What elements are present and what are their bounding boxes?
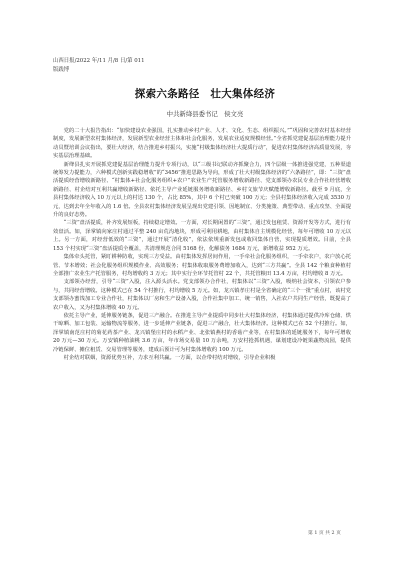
article-body: 党的二十大报告指出：“加快建设农业强国，扎实推动乡村产业、人才、文化、生态、组织… xyxy=(53,127,351,362)
page-number: 第 1 页 共 2 页 xyxy=(308,529,341,536)
source-line-2: 版践博 xyxy=(53,66,145,75)
source-line: 山西日报/2022 年/11 月/8 日/第 011 xyxy=(53,57,145,66)
paragraph: 党的二十大报告指出：“加快建设农业强国，扎实推动乡村产业、人才、文化、生态、组织… xyxy=(53,127,351,161)
paragraph: 村企结对联姻，资源优势互补，力求互利共赢。一方面，以企带村结对增收，引导企业积极 xyxy=(53,354,351,362)
paragraph: 支部领办经营，引导“三资”入股，注入源头活水。党支部领办合作社，村集体以“三资”… xyxy=(53,278,351,312)
document-page: 山西日报/2022 年/11 月/8 日/第 011 版践博 探索六条路径 壮大… xyxy=(0,0,410,580)
article-byline: 中共新绛县委书记 侯文亮 xyxy=(0,109,410,118)
paragraph: 集体牵头托管，紧盯耕种防收，实现三方受益。由村集体发挥居间作用，一手牵社会化服务… xyxy=(53,253,351,278)
paragraph: “三资”盘活提质，补齐发展短板，持续稳定增效。一方面，对长期闲置的“三资”，通过… xyxy=(53,219,351,253)
article-title: 探索六条路径 壮大集体经济 xyxy=(0,86,410,101)
paragraph: 依托主导产业，延伸服务链条，促进三产融合。在推进主导产业提质中同步壮大村集体经济… xyxy=(53,312,351,354)
paragraph: 新绛县扎实开展抓党建促基层治理能力提升专项行动，以“三级书记联动齐抓聚合力，四个… xyxy=(53,161,351,220)
source-citation: 山西日报/2022 年/11 月/8 日/第 011 版践博 xyxy=(53,57,145,75)
